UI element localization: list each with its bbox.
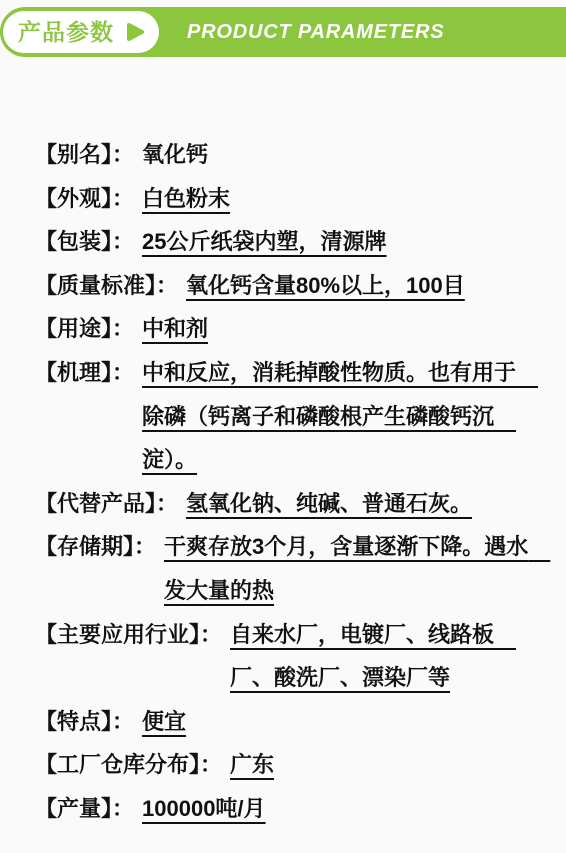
param-value: 氢氧化钠、纯碱、普通石灰。 [186,482,472,526]
param-row: 【存储期】： 干爽存放3个月，含量逐渐下降。遇水 发大量的热 [35,525,547,612]
param-row: 【用途】： 中和剂 [35,307,547,351]
param-row: 【主要应用行业】： 自来水厂，电镀厂、线路板 厂、酸洗厂、漂染厂等 [35,613,547,700]
param-label: 【产量】： [35,787,134,831]
parameters-list: 【别名】： 氧化钙 【外观】： 白色粉末 【包装】： 25公斤纸袋内塑，清源牌 … [35,133,547,831]
param-value: 100000吨/月 [142,787,266,831]
param-label: 【代替产品】： [35,482,178,526]
param-value: 白色粉末 [142,177,230,221]
param-value: 中和剂 [142,307,208,351]
param-label: 【包装】： [35,220,134,264]
param-value: 便宜 [142,700,186,744]
header-banner: 产品参数 PRODUCT PARAMETERS [0,7,566,57]
param-label: 【存储期】： [35,525,156,569]
play-triangle-icon [122,20,146,44]
param-value: 中和反应，消耗掉酸性物质。也有用于 除磷（钙离子和磷酸根产生磷酸钙沉 淀）。 [142,351,538,482]
param-label: 【工厂仓库分布】： [35,743,222,787]
param-row: 【包装】： 25公斤纸袋内塑，清源牌 [35,220,547,264]
param-row: 【产量】： 100000吨/月 [35,787,547,831]
param-value: 干爽存放3个月，含量逐渐下降。遇水 发大量的热 [164,525,547,612]
param-label: 【质量标准】： [35,264,178,308]
param-value: 氧化钙含量80%以上，100目 [186,264,465,308]
param-label: 【别名】： [35,133,134,177]
header-title-english: PRODUCT PARAMETERS [187,7,444,57]
param-label: 【用途】： [35,307,134,351]
param-label: 【外观】： [35,177,134,221]
param-row: 【特点】： 便宜 [35,700,547,744]
badge-label: 产品参数 [18,21,114,44]
param-label: 【机理】： [35,351,134,395]
param-value: 广东 [230,743,274,787]
param-value: 自来水厂，电镀厂、线路板 厂、酸洗厂、漂染厂等 [230,613,516,700]
param-value: 氧化钙 [142,133,208,177]
param-row: 【外观】： 白色粉末 [35,177,547,221]
product-parameters-badge: 产品参数 [3,11,159,53]
param-row: 【别名】： 氧化钙 [35,133,547,177]
param-row: 【机理】： 中和反应，消耗掉酸性物质。也有用于 除磷（钙离子和磷酸根产生磷酸钙沉… [35,351,547,482]
param-label: 【主要应用行业】： [35,613,222,657]
param-row: 【工厂仓库分布】： 广东 [35,743,547,787]
param-row: 【质量标准】： 氧化钙含量80%以上，100目 [35,264,547,308]
param-value: 25公斤纸袋内塑，清源牌 [142,220,386,264]
param-label: 【特点】： [35,700,134,744]
param-row: 【代替产品】： 氢氧化钠、纯碱、普通石灰。 [35,482,547,526]
